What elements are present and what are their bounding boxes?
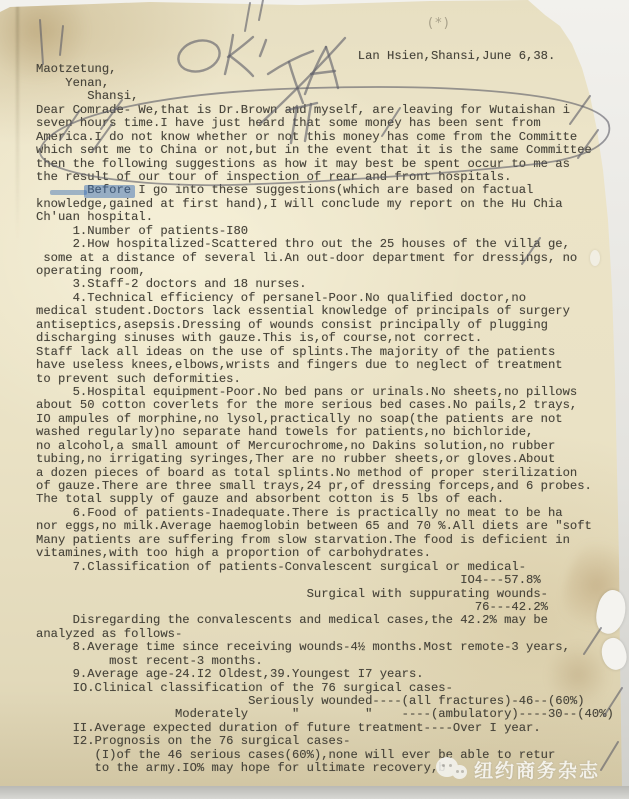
text-line: to prevent such deformities. — [36, 373, 626, 386]
text-line: vitamines,with too high a proportion of … — [36, 547, 626, 560]
text-line: 8.Average time since receiving wounds-4½… — [36, 641, 626, 654]
text-line: Surgical with suppurating wounds- — [36, 588, 626, 601]
text-line: seven hours time.I have just heard that … — [36, 117, 626, 130]
text-line: operating room, — [36, 265, 626, 278]
text-line: II.Average expected duration of future t… — [36, 722, 626, 735]
text-line: Ch'uan hospital. — [36, 211, 626, 224]
text-line: analyzed as follows- — [36, 628, 626, 641]
text-line: Staff lack all ideas on the use of splin… — [36, 346, 626, 359]
text-line: medical student.Doctors lack essential k… — [36, 305, 626, 318]
blue-marker-strike — [84, 185, 135, 198]
text-line: Maotzetung, — [36, 63, 626, 76]
text-line: have useless knees,elbows,wrists and fin… — [36, 359, 626, 372]
text-line: 1.Number of patients-I80 — [36, 225, 626, 238]
paper-tear — [590, 250, 600, 266]
text-line: a dozen pieces of board as total splints… — [36, 467, 626, 480]
text-line: IO4---57.8% — [36, 574, 626, 587]
text-line: Lan Hsien,Shansi,June 6,38. — [36, 50, 626, 63]
text-line: IO ampules of morphine,no lysol,practica… — [36, 413, 626, 426]
text-line: 4.Technical efficiency of persanel-Poor.… — [36, 292, 626, 305]
photo-background-edge — [0, 786, 629, 799]
text-line: Moderately " " ----(ambulatory)----30--(… — [36, 708, 626, 721]
text-line: Seriously wounded----(all fractures)-46-… — [36, 695, 626, 708]
text-line: Dear Comrade- We,that is Dr.Brown and my… — [36, 104, 626, 117]
page-number-mark: (*) — [428, 16, 451, 31]
text-line: no alcohol,a small amount of Mercurochro… — [36, 440, 626, 453]
text-line: antiseptics,asepsis.Dressing of wounds c… — [36, 319, 626, 332]
text-line: 3.Staff-2 doctors and 18 nurses. — [36, 278, 626, 291]
text-line: which sent me to China or not,but in the… — [36, 144, 626, 157]
text-line: 7.Classification of patients-Convalescen… — [36, 561, 626, 574]
text-line: tubing,no irrigating syringes,Ther are n… — [36, 453, 626, 466]
text-line: (I)of the 46 serious cases(60%),none wil… — [36, 749, 626, 762]
text-line: washed regularly)no separate hand towels… — [36, 426, 626, 439]
text-line: Yenan, — [36, 77, 626, 90]
text-line: most recent-3 months. — [36, 655, 626, 668]
text-line: The total supply of gauze and absorbent … — [36, 493, 626, 506]
text-line: 2.How hospitalized-Scattered thro out th… — [36, 238, 626, 251]
text-line: nor eggs,no milk.Average haemoglobin bet… — [36, 520, 626, 533]
text-line: to the army.IO% may hope for ultimate re… — [36, 762, 626, 775]
text-line: about 50 cotton coverlets for the more s… — [36, 399, 626, 412]
text-line: of gauze.There are three small trays,24 … — [36, 480, 626, 493]
text-line: 76---42.2% — [36, 601, 626, 614]
text-line: 9.Average age-24.I2 Oldest,39.Youngest I… — [36, 668, 626, 681]
text-line: some at a distance of several li.An out-… — [36, 252, 626, 265]
paper-crease — [16, 0, 19, 240]
text-line: IO.Clinical classification of the 76 sur… — [36, 682, 626, 695]
text-line: 6.Food of patients-Inadequate.There is p… — [36, 507, 626, 520]
text-line: America.I do not know whether or not thi… — [36, 131, 626, 144]
letter-paper: Lan Hsien,Shansi,June 6,38.Maotzetung, Y… — [0, 0, 629, 788]
text-line: discharging sinuses with gauze.This is,o… — [36, 332, 626, 345]
text-line: Many patients are suffering from slow st… — [36, 534, 626, 547]
typewritten-text: Lan Hsien,Shansi,June 6,38.Maotzetung, Y… — [36, 50, 626, 776]
text-line: I2.Prognosis on the 76 surgical cases- — [36, 735, 626, 748]
text-line: Disregarding the convalescents and medic… — [36, 614, 626, 627]
text-line: the result of our tour of inspection of … — [36, 171, 626, 184]
text-line: then the following suggestions as how it… — [36, 158, 626, 171]
blue-marker-strike — [50, 190, 87, 195]
photo-of-letter: Lan Hsien,Shansi,June 6,38.Maotzetung, Y… — [0, 0, 629, 799]
text-line: 5.Hospital equipment-Poor.No bed pans or… — [36, 386, 626, 399]
text-line: Shansi, — [36, 90, 626, 103]
text-line: knowledge,gained at first hand),I will c… — [36, 198, 626, 211]
